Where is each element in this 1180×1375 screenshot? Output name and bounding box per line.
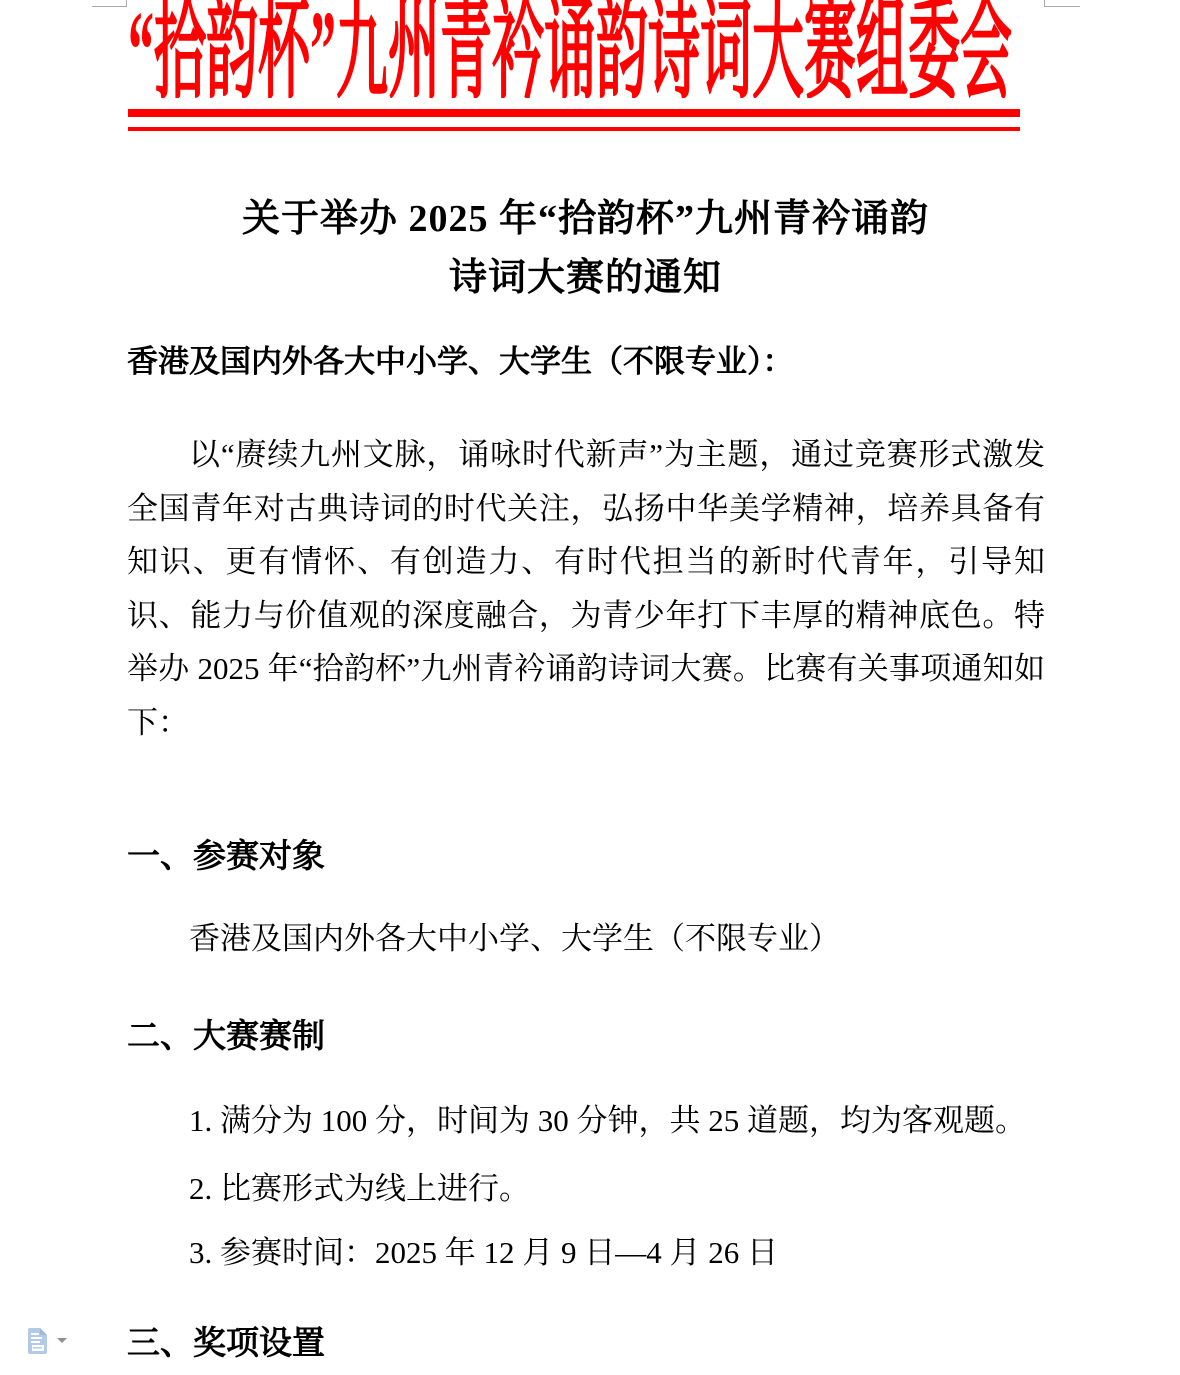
dropdown-arrow-icon [57, 1338, 67, 1343]
section-heading-participants: 一、参赛对象 [127, 836, 1044, 876]
paste-options-button[interactable] [28, 1327, 76, 1357]
intro-paragraph: 以“赓续九州文脉，诵咏时代新声”为主题，通过竞赛形式激发全国青年对古典诗词的时代… [127, 428, 1045, 749]
letterhead-banner: “拾韵杯”九州青衿诵韵诗词大赛组委会 [128, 0, 1020, 98]
salutation: 香港及国内外各大中小学、大学生（不限专业）： [127, 343, 1044, 381]
margin-corner-mark-right [1044, 0, 1081, 8]
document-title-line2: 诗词大赛的通知 [127, 249, 1044, 308]
section-heading-awards: 三、奖项设置 [127, 1323, 1044, 1363]
section-heading-format: 二、大赛赛制 [127, 1016, 1044, 1056]
list-item-2: 2. 比赛形式为线上进行。 [127, 1169, 1045, 1209]
paste-icon [28, 1327, 50, 1355]
section-participants-body: 香港及国内外各大中小学、大学生（不限专业） [127, 919, 1045, 959]
document-title: 关于举办 2025 年“拾韵杯”九州青衿诵韵 诗词大赛的通知 [127, 190, 1044, 308]
document-page: “拾韵杯”九州青衿诵韵诗词大赛组委会 关于举办 2025 年“拾韵杯”九州青衿诵… [0, 0, 1180, 1375]
margin-corner-mark-left [92, 0, 128, 8]
document-title-line1: 关于举办 2025 年“拾韵杯”九州青衿诵韵 [127, 190, 1044, 249]
letterhead-rule-thick [128, 109, 1020, 117]
letterhead-text: “拾韵杯”九州青衿诵韵诗词大赛组委会 [128, 0, 1012, 98]
letterhead-rule-thin [128, 127, 1020, 131]
list-item-3: 3. 参赛时间：2025 年 12 月 9 日—4 月 26 日 [127, 1233, 1045, 1273]
list-item-1: 1. 满分为 100 分，时间为 30 分钟，共 25 道题，均为客观题。 [127, 1101, 1045, 1141]
